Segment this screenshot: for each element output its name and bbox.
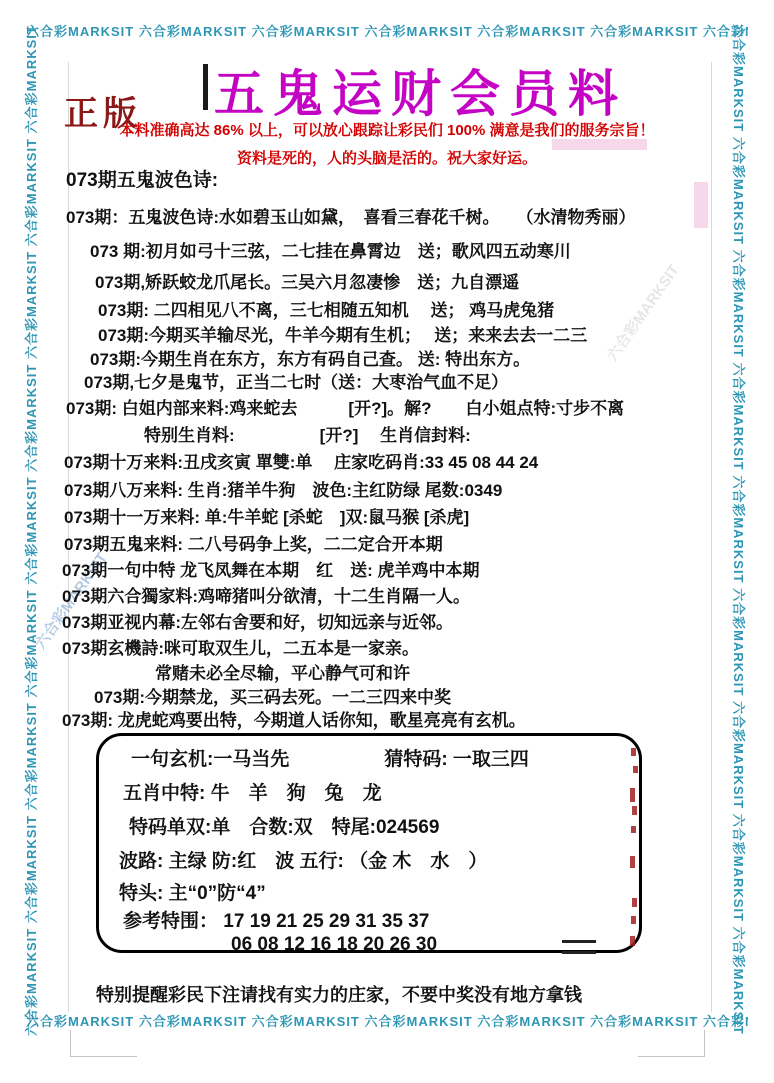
box-line-wave-elements: 波路: 主绿 防:红 波 五行: （金 木 水 ） bbox=[119, 846, 487, 873]
box-line-reference-row2: 06 08 12 16 18 20 26 30 bbox=[231, 934, 437, 956]
tip-line: 073期亚视内幕:左邻右舍要和好，切知远亲与近邻。 bbox=[0, 611, 774, 635]
tip-line: 073期一句中特 龙飞凤舞在本期 红 送: 虎羊鸡中本期 bbox=[0, 559, 774, 583]
tip-line: 073期,矫跃蛟龙爪尾长。三吴六月忽凄惨 送；九自漂遥 bbox=[0, 271, 774, 295]
tip-line: 特别生肖料: [开?] 生肖信封料: bbox=[0, 424, 774, 448]
border-right-marksit: 六合彩MARKSIT 六合彩MARKSIT 六合彩MARKSIT 六合彩MARK… bbox=[728, 24, 748, 1036]
red-tick-mark bbox=[633, 766, 638, 773]
tip-line: 073期: 白姐内部来料:鸡来蛇去 [开?]。解? 白小姐点特:寸步不离 bbox=[0, 397, 774, 421]
red-tick-mark bbox=[631, 916, 636, 924]
title-left-bar bbox=[203, 64, 208, 110]
red-tick-mark bbox=[630, 856, 635, 868]
tip-line: 073期:今期禁龙，买三码去死。一二三四来中奖 bbox=[0, 686, 774, 710]
scan-artifact-mark bbox=[562, 940, 596, 954]
tip-line: 073期: 二四相见八不离，三七相随五知机 送； 鸡马虎兔猪 bbox=[0, 299, 774, 323]
tip-line: 073期玄機詩:咪可取双生儿，二五本是一家亲。 bbox=[0, 637, 774, 661]
tip-line: 073期十一万来料: 单:牛羊蛇 [杀蛇 ]双:鼠马猴 [杀虎] bbox=[0, 506, 774, 530]
border-bottom-marksit: 六合彩MARKSIT 六合彩MARKSIT 六合彩MARKSIT 六合彩MARK… bbox=[26, 1012, 748, 1032]
tip-line: 073期五鬼来料: 二八号码争上奖，二二定合开本期 bbox=[0, 533, 774, 557]
border-left-marksit: 六合彩MARKSIT 六合彩MARKSIT 六合彩MARKSIT 六合彩MARK… bbox=[22, 24, 42, 1036]
tip-line: 073期,七夕是鬼节，正当二七时（送：大枣治气血不足） bbox=[0, 371, 774, 395]
box-line-odd-even: 特码单双:单 合数:双 特尾:024569 bbox=[129, 812, 439, 839]
box-line-special-head: 特头: 主“0”防“4” bbox=[119, 878, 266, 905]
box-line-mystery-phrase: 一句玄机:一马当先 猜特码: 一取三四 bbox=[131, 744, 529, 771]
tip-line: 073期: 龙虎蛇鸡要出特，今期道人话你知，歌星亮亮有玄机。 bbox=[0, 709, 774, 733]
tip-line: 073 期:初月如弓十三弦，二七挂在鼻霄边 送；歌风四五动寒川 bbox=[0, 240, 774, 264]
scan-corner-bottom-right bbox=[638, 1030, 705, 1057]
tip-line: 073期：五鬼波色诗:水如碧玉山如黛， 喜看三春花千树。 （水清物秀丽） bbox=[0, 206, 774, 230]
lottery-tip-sheet: 六合彩MARKSIT 六合彩MARKSIT 六合彩MARKSIT 六合彩MARK… bbox=[0, 0, 774, 1083]
tip-line: 073期:今期买羊输尽光，牛羊今期有生机； 送；来来去去一二三 bbox=[0, 324, 774, 348]
scan-corner-bottom-left bbox=[70, 1030, 137, 1057]
box-line-five-zodiac: 五肖中特: 牛 羊 狗 兔 龙 bbox=[123, 778, 382, 805]
border-top-marksit: 六合彩MARKSIT 六合彩MARKSIT 六合彩MARKSIT 六合彩MARK… bbox=[26, 22, 748, 42]
prediction-box: 一句玄机:一马当先 猜特码: 一取三四 五肖中特: 牛 羊 狗 兔 龙 特码单双… bbox=[96, 733, 642, 953]
tip-line: 073期:今期生肖在东方，东方有码自己查。 送: 特出东方。 bbox=[0, 348, 774, 372]
box-line-reference-row1: 参考特围： 17 19 21 25 29 31 35 37 bbox=[123, 906, 429, 933]
tip-line: 常赌未必全尽输，平心静气可和许 bbox=[0, 662, 774, 686]
tip-line: 073期六合獨家料:鸡啼猪叫分欲清，十二生肖隔一人。 bbox=[0, 585, 774, 609]
page-title: 五鬼运财会员料 bbox=[214, 54, 627, 126]
bettor-warning: 特别提醒彩民下注请找有实力的庄家，不要中奖没有地方拿钱 bbox=[96, 981, 582, 1007]
tip-line: 073期八万来料: 生肖:猪羊牛狗 波色:主红防绿 尾数:0349 bbox=[0, 479, 774, 503]
accuracy-claim-line: 本料准确高达 86% 以上，可以放心跟踪让彩民们 100% 满意是我们的服务宗旨… bbox=[96, 119, 678, 140]
red-tick-mark bbox=[630, 936, 635, 946]
section-heading: 073期五鬼波色诗: bbox=[66, 165, 218, 192]
red-tick-mark bbox=[632, 898, 637, 907]
tip-line: 073期十万来料:丑戌亥寅 單雙:单 庄家吃码肖:33 45 08 44 24 bbox=[0, 451, 774, 475]
red-tick-mark bbox=[631, 748, 636, 756]
red-tick-mark bbox=[631, 826, 636, 833]
red-tick-mark bbox=[630, 788, 635, 802]
red-tick-mark bbox=[632, 806, 637, 815]
